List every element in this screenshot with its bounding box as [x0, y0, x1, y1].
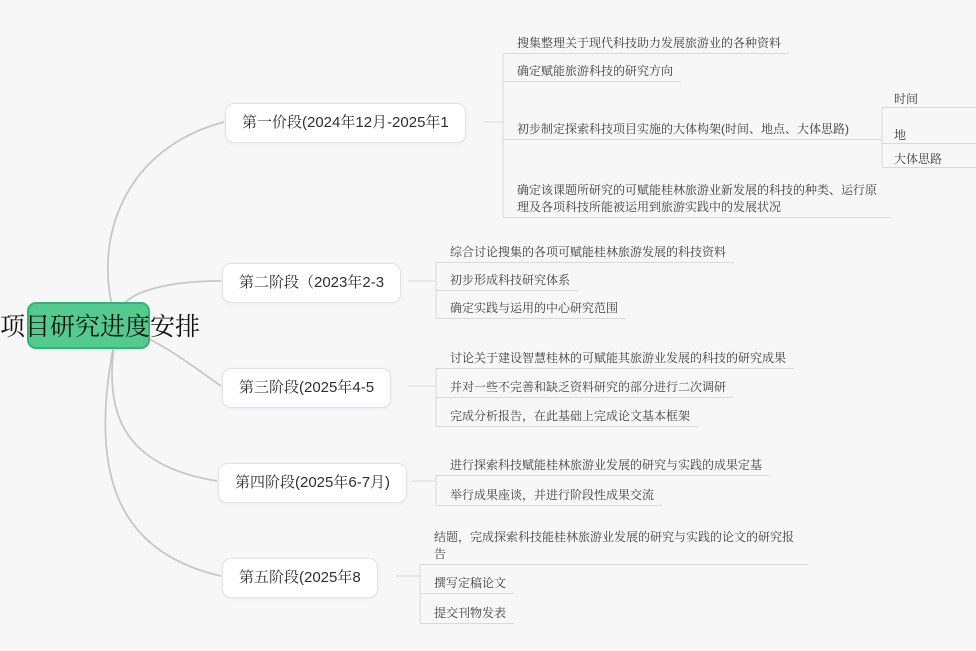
stage4-child-1[interactable]: 进行探索科技赋能桂林旅游业发展的研究与实践的成果定基 [436, 455, 770, 476]
bracket-stage5 [396, 564, 420, 623]
stage1-node[interactable]: 第一价段(2024年12月-2025年1 [225, 103, 466, 143]
stage1-sub-2[interactable]: 地 [882, 127, 976, 144]
stage2-node[interactable]: 第二阶段（2023年2-3 [222, 263, 401, 303]
bracket-stage4 [412, 475, 436, 505]
stage5-child-1[interactable]: 结题，完成探索科技能桂林旅游业发展的研究与实践的论文的研究报告 [420, 527, 808, 565]
branch-curve-1 [108, 122, 224, 325]
stage3-child-2[interactable]: 并对一些不完善和缺乏资料研究的部分进行二次调研 [436, 377, 734, 398]
stage2-child-3[interactable]: 确定实践与运用的中心研究范围 [436, 298, 626, 319]
stage5-child-3[interactable]: 提交刊物发表 [420, 603, 514, 624]
stage1-child-3[interactable]: 初步制定探索科技项目实施的大体构架(时间、地点、大体思路) [503, 119, 882, 140]
stage2-child-1[interactable]: 综合讨论搜集的各项可赋能桂林旅游发展的科技资料 [436, 242, 734, 263]
stage3-child-1[interactable]: 讨论关于建设智慧桂林的可赋能其旅游业发展的科技的研究成果 [436, 348, 794, 369]
stage1-sub-1[interactable]: 时间 [882, 91, 976, 108]
stage2-child-2[interactable]: 初步形成科技研究体系 [436, 270, 578, 291]
bracket-stage2 [408, 262, 436, 318]
stage1-child-4[interactable]: 确定该课题所研究的可赋能桂林旅游业新发展的科技的种类、运行原理及各项科技所能被运… [503, 180, 891, 218]
mindmap-canvas: 项目研究进度安排 第一价段(2024年12月-2025年1 第二阶段（2023年… [0, 0, 976, 651]
root-topic-label[interactable]: 项目研究进度安排 [0, 313, 200, 341]
stage4-node[interactable]: 第四阶段(2025年6-7月) [218, 463, 407, 503]
stage5-node[interactable]: 第五阶段(2025年8 [222, 558, 378, 598]
stage5-child-2[interactable]: 撰写定稿论文 [420, 573, 514, 594]
branch-curve-5 [105, 325, 221, 576]
stage1-child-2[interactable]: 确定赋能旅游科技的研究方向 [503, 61, 681, 82]
stage4-child-2[interactable]: 举行成果座谈，并进行阶段性成果交流 [436, 485, 662, 506]
stage1-child-1[interactable]: 搜集整理关于现代科技助力发展旅游业的各种资料 [503, 33, 789, 54]
stage3-node[interactable]: 第三阶段(2025年4-5 [222, 368, 391, 408]
bracket-stage1 [484, 53, 503, 217]
stage1-sub-3[interactable]: 大体思路 [882, 151, 976, 168]
stage3-child-3[interactable]: 完成分析报告，在此基础上完成论文基本框架 [436, 406, 698, 427]
bracket-stage3 [408, 368, 436, 426]
